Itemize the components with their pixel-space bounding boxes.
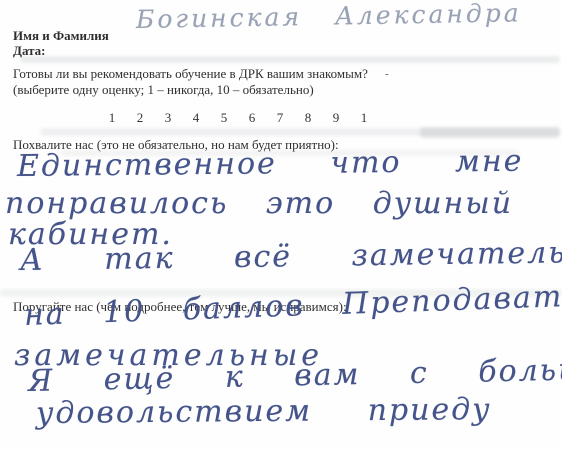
- rating-option-6: 6: [248, 110, 256, 126]
- rating-option-5: 5: [220, 110, 228, 126]
- rating-option-1: 1: [108, 110, 116, 126]
- recommend-question: Готовы ли вы рекомендовать обучение в ДР…: [13, 66, 368, 81]
- scanned-feedback-form: Имя и Фамилия Дата: Богинская Александра…: [0, 0, 562, 450]
- stray-pen-mark: -: [385, 68, 389, 80]
- praise-handwriting-line-1: Единственное что мне не: [17, 146, 562, 182]
- rating-option-8: 8: [304, 110, 312, 126]
- rating-scale: 1 2 3 4 5 6 7 8 9 1: [108, 110, 368, 126]
- scan-smudge: [40, 128, 560, 136]
- rating-option-9: 9: [332, 110, 340, 126]
- rating-option-4: 4: [192, 110, 200, 126]
- scan-smudge: [420, 127, 560, 138]
- critique-handwriting-line-4: удовольствием приеду: [36, 395, 492, 429]
- rating-instructions: (выберите одну оценку; 1 – никогда, 10 –…: [13, 82, 314, 97]
- rating-option-2: 2: [136, 110, 144, 126]
- praise-handwriting-line-4: А так всё замечательно: [20, 238, 562, 276]
- date-label: Дата:: [13, 43, 45, 58]
- rating-option-3: 3: [164, 110, 172, 126]
- scan-smudge: [20, 56, 560, 63]
- name-surname-label: Имя и Фамилия: [13, 28, 109, 43]
- critique-handwriting-line-1: на 10 баллов Преподаватели: [23, 280, 562, 331]
- handwritten-name-value: Богинская Александра: [136, 0, 522, 33]
- rating-option-7: 7: [276, 110, 284, 126]
- rating-option-10: 1: [360, 110, 368, 126]
- praise-handwriting-line-2: понравилось это душный: [5, 189, 513, 219]
